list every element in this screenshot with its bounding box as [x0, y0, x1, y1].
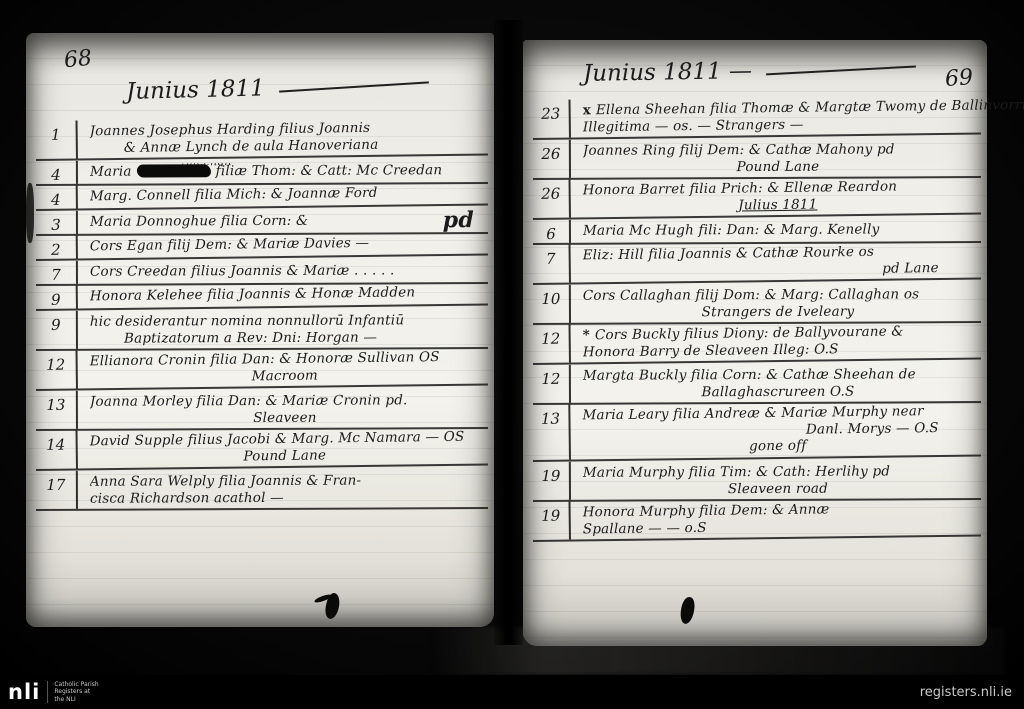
entry-text: Margta Buckly filia Corn: & Cathæ Sheeha…: [571, 363, 981, 403]
entry-day-number: 4: [36, 161, 78, 184]
header-flourish-line: [766, 65, 916, 75]
header-flourish-line: [279, 81, 429, 92]
viewer-footer-bar: nli Catholic Parish Registers at the NLI…: [0, 675, 1024, 709]
entry-day-number: 12: [36, 350, 78, 389]
entry-day-number: 9: [36, 311, 78, 349]
entry-row: 12Margta Buckly filia Corn: & Cathæ Shee…: [533, 363, 981, 405]
page-number-right: 69: [944, 65, 974, 92]
entry-row: 10Cors Callaghan filij Dom: & Marg: Call…: [533, 283, 981, 325]
entry-row: 2Cors Egan filij Dem: & Mariæ Davies —: [36, 230, 488, 261]
entry-day-number: 26: [533, 180, 571, 218]
month-header-right-text: Junius 1811 —: [583, 58, 752, 87]
entry-day-number: 10: [533, 285, 571, 323]
entry-day-number: 19: [533, 501, 571, 539]
entry-row: 19Honora Murphy filia Dem: & AnnæSpallan…: [533, 496, 981, 541]
entry-prefix-mark: x: [583, 102, 591, 118]
entry-day-number: 17: [36, 471, 78, 509]
entry-text: MariaSheehanfiliæ Thom: & Catt: Mc Creed…: [78, 159, 488, 184]
entry-row: 17Anna Sara Welply filia Joannis & Fran-…: [36, 469, 488, 511]
entry-row: 19Maria Murphy filia Tim: & Cath: Herlih…: [533, 460, 981, 502]
entry-text: Cors Creedan filius Joannis & Mariæ . . …: [78, 259, 488, 284]
entry-day-number: 13: [36, 391, 78, 429]
entry-text: Maria Mc Hugh fili: Dan: & Marg. Kenelly: [571, 218, 981, 243]
register-page-left: 68 Junius 1811 1Joannes Josephus Harding…: [26, 33, 494, 627]
entry-day-number: 26: [533, 140, 571, 178]
nli-caption: Catholic Parish Registers at the NLI: [47, 681, 98, 704]
entry-row: 12*Cors Buckly filius Diony: de Ballyvou…: [533, 320, 981, 365]
nli-brand: nli Catholic Parish Registers at the NLI: [8, 681, 99, 704]
entry-day-number: 1: [36, 120, 78, 159]
entry-day-number: 7: [36, 261, 78, 284]
entry-text: Eliz: Hill filia Joannis & Cathæ Rourke …: [571, 240, 981, 283]
site-url[interactable]: registers.nli.ie: [920, 685, 1012, 700]
entry-row: 13Joanna Morley filia Dan: & Mariæ Croni…: [36, 389, 488, 431]
entry-text: Joannes Ring filij Dem: & Cathæ Mahony p…: [571, 138, 981, 178]
entry-text: hic desiderantur nomina nonnullorū Infan…: [78, 309, 488, 349]
entries-right: 23xEllena Sheehan filia Thomæ & Margtæ T…: [533, 100, 981, 640]
entry-row: 4Marg. Connell filia Mich: & Joannæ Ford: [36, 180, 488, 211]
entry-day-number: 12: [533, 325, 571, 363]
entry-text: Anna Sara Welply filia Joannis & Fran-ci…: [78, 469, 488, 509]
entry-text: *Cors Buckly filius Diony: de Ballyvoura…: [571, 320, 981, 363]
entry-row: 7Eliz: Hill filia Joannis & Cathæ Rourke…: [533, 240, 981, 285]
entries-left: 1Joannes Josephus Harding filius Joannis…: [36, 121, 488, 619]
entry-text: David Supple filius Jacobi & Marg. Mc Na…: [78, 425, 488, 468]
entry-row: 12Ellianora Cronin filia Dan: & Honoræ S…: [36, 345, 488, 391]
entry-row: 26Joannes Ring filij Dem: & Cathæ Mahony…: [533, 138, 981, 180]
entry-day-number: 23: [533, 100, 571, 138]
register-scan-canvas[interactable]: 68 Junius 1811 1Joannes Josephus Harding…: [0, 0, 1024, 675]
entry-text: Ellianora Cronin filia Dan: & Honoræ Sul…: [78, 345, 488, 388]
page-gutter: [494, 20, 523, 645]
entry-day-number: 7: [533, 245, 571, 283]
ink-blot: [26, 183, 34, 243]
entry-text: Cors Callaghan filij Dom: & Marg: Callag…: [571, 283, 981, 323]
entry-text: Cors Egan filij Dem: & Mariæ Davies —: [78, 230, 488, 258]
inserted-name: Sheehan: [182, 162, 232, 171]
entry-day-number: 2: [36, 235, 78, 259]
entry-text: Honora Murphy filia Dem: & AnnæSpallane …: [571, 496, 981, 539]
entry-row: 9hic desiderantur nomina nonnullorū Infa…: [36, 309, 488, 351]
register-page-right: 69 Junius 1811 — 23xEllena Sheehan filia…: [523, 40, 987, 646]
entry-day-number: 14: [36, 430, 78, 469]
month-header-left: Junius 1811: [126, 71, 429, 105]
entry-row: 26Honora Barret filia Prich: & Ellenæ Re…: [533, 175, 981, 220]
entry-day-number: 3: [36, 211, 78, 234]
entry-text: Maria Murphy filia Tim: & Cath: Herlihy …: [571, 460, 981, 500]
entry-row: 14David Supple filius Jacobi & Marg. Mc …: [36, 425, 488, 471]
entry-text: Joanna Morley filia Dan: & Mariæ Cronin …: [78, 389, 488, 429]
entry-prefix-mark: *: [583, 327, 590, 343]
entry-day-number: 19: [533, 461, 571, 499]
page-number-left: 68: [63, 46, 93, 74]
entry-text: pdMaria Donnoghue filia Corn: &: [78, 209, 488, 234]
entry-day-number: 12: [533, 365, 571, 403]
entry-text: Honora Kelehee filia Joannis & Honæ Madd…: [78, 280, 488, 308]
paid-mark: pd: [443, 207, 474, 233]
nli-logo: nli: [8, 682, 40, 703]
entry-day-number: 9: [36, 285, 78, 309]
entry-text: Maria Leary filia Andreæ & Mariæ Murphy …: [570, 400, 981, 460]
entry-text: xEllena Sheehan filia Thomæ & Margtæ Two…: [571, 94, 1024, 138]
entry-row: 23xEllena Sheehan filia Thomæ & Margtæ T…: [533, 95, 981, 140]
month-header-right: Junius 1811 —: [583, 55, 916, 87]
entry-row: 13Maria Leary filia Andreæ & Mariæ Murph…: [532, 400, 981, 462]
month-header-left-text: Junius 1811: [126, 75, 265, 105]
entry-day-number: 13: [532, 405, 571, 460]
entry-day-number: 4: [36, 185, 78, 209]
entry-text: Joannes Josephus Harding filius Joannis&…: [78, 115, 488, 158]
entry-day-number: 6: [533, 220, 571, 243]
entry-row: 9Honora Kelehee filia Joannis & Honæ Mad…: [36, 280, 488, 311]
entry-text: Marg. Connell filia Mich: & Joannæ Ford: [78, 180, 488, 208]
entry-text: Honora Barret filia Prich: & Ellenæ Rear…: [571, 175, 981, 218]
entry-row: 1Joannes Josephus Harding filius Joannis…: [36, 115, 488, 161]
